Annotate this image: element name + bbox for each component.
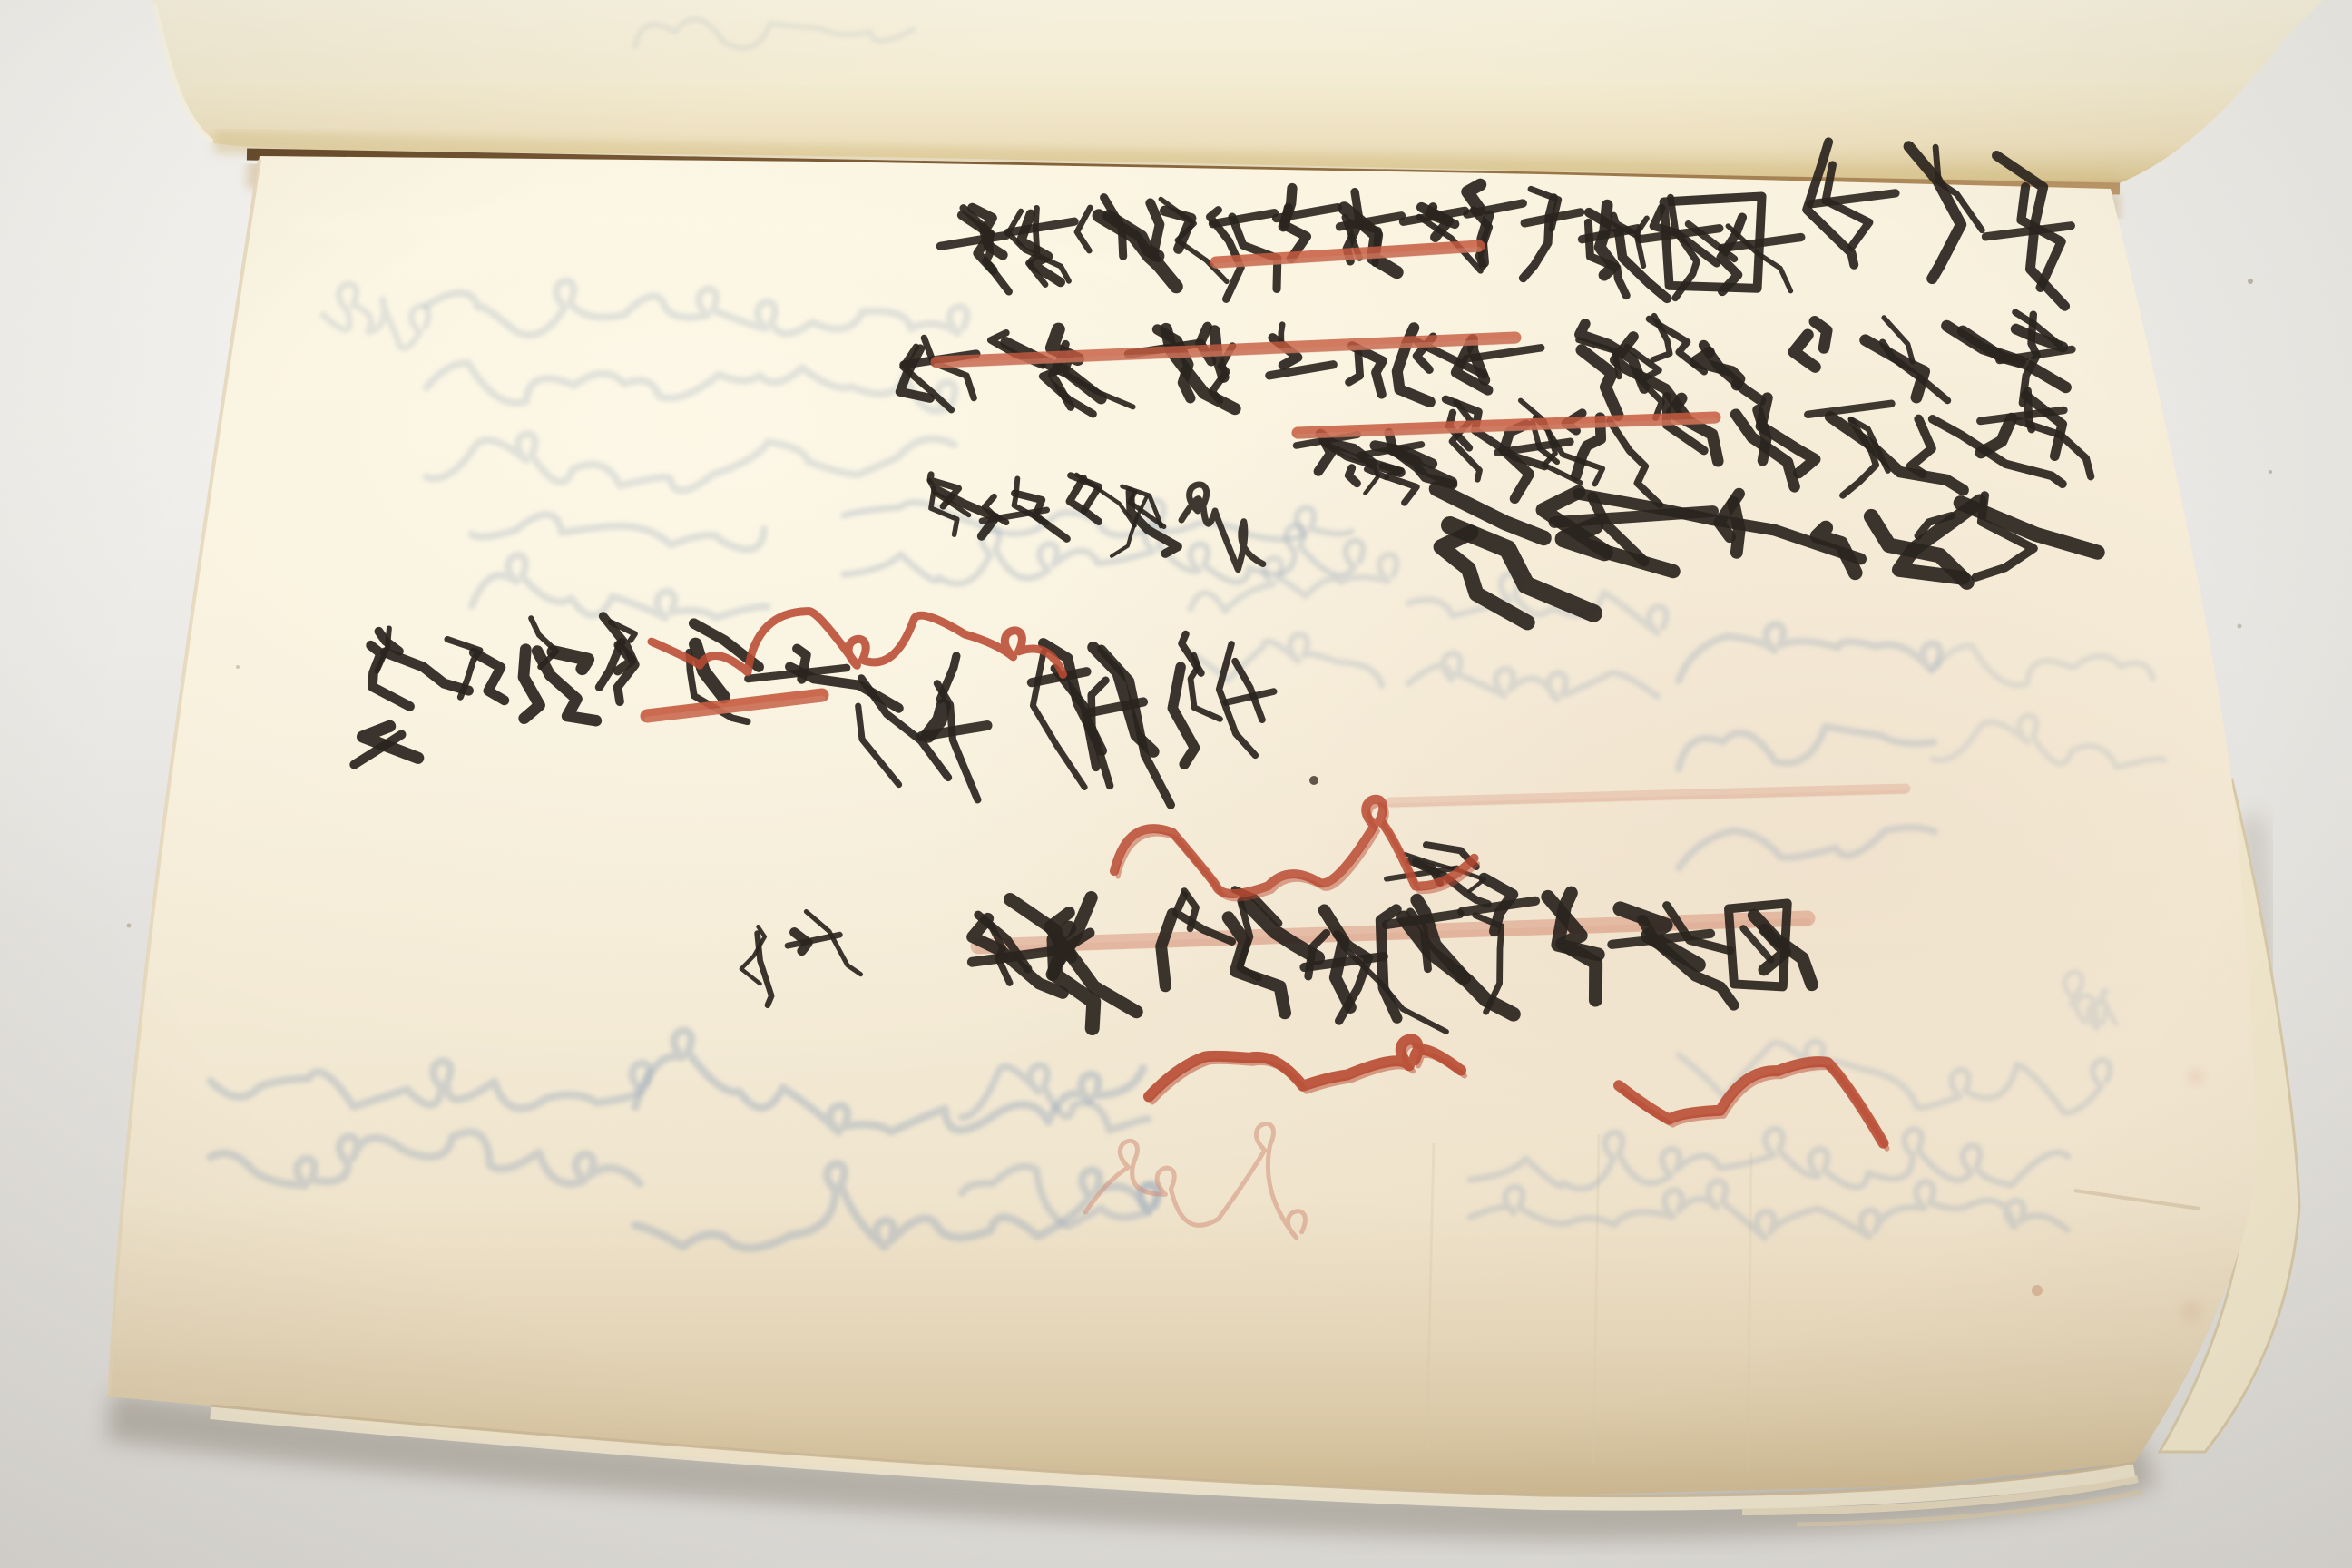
photo-vignette	[0, 0, 2352, 1568]
photo-stage: Photograph of an open Japanese manuscrip…	[0, 0, 2352, 1568]
manuscript-photo	[0, 0, 2352, 1568]
